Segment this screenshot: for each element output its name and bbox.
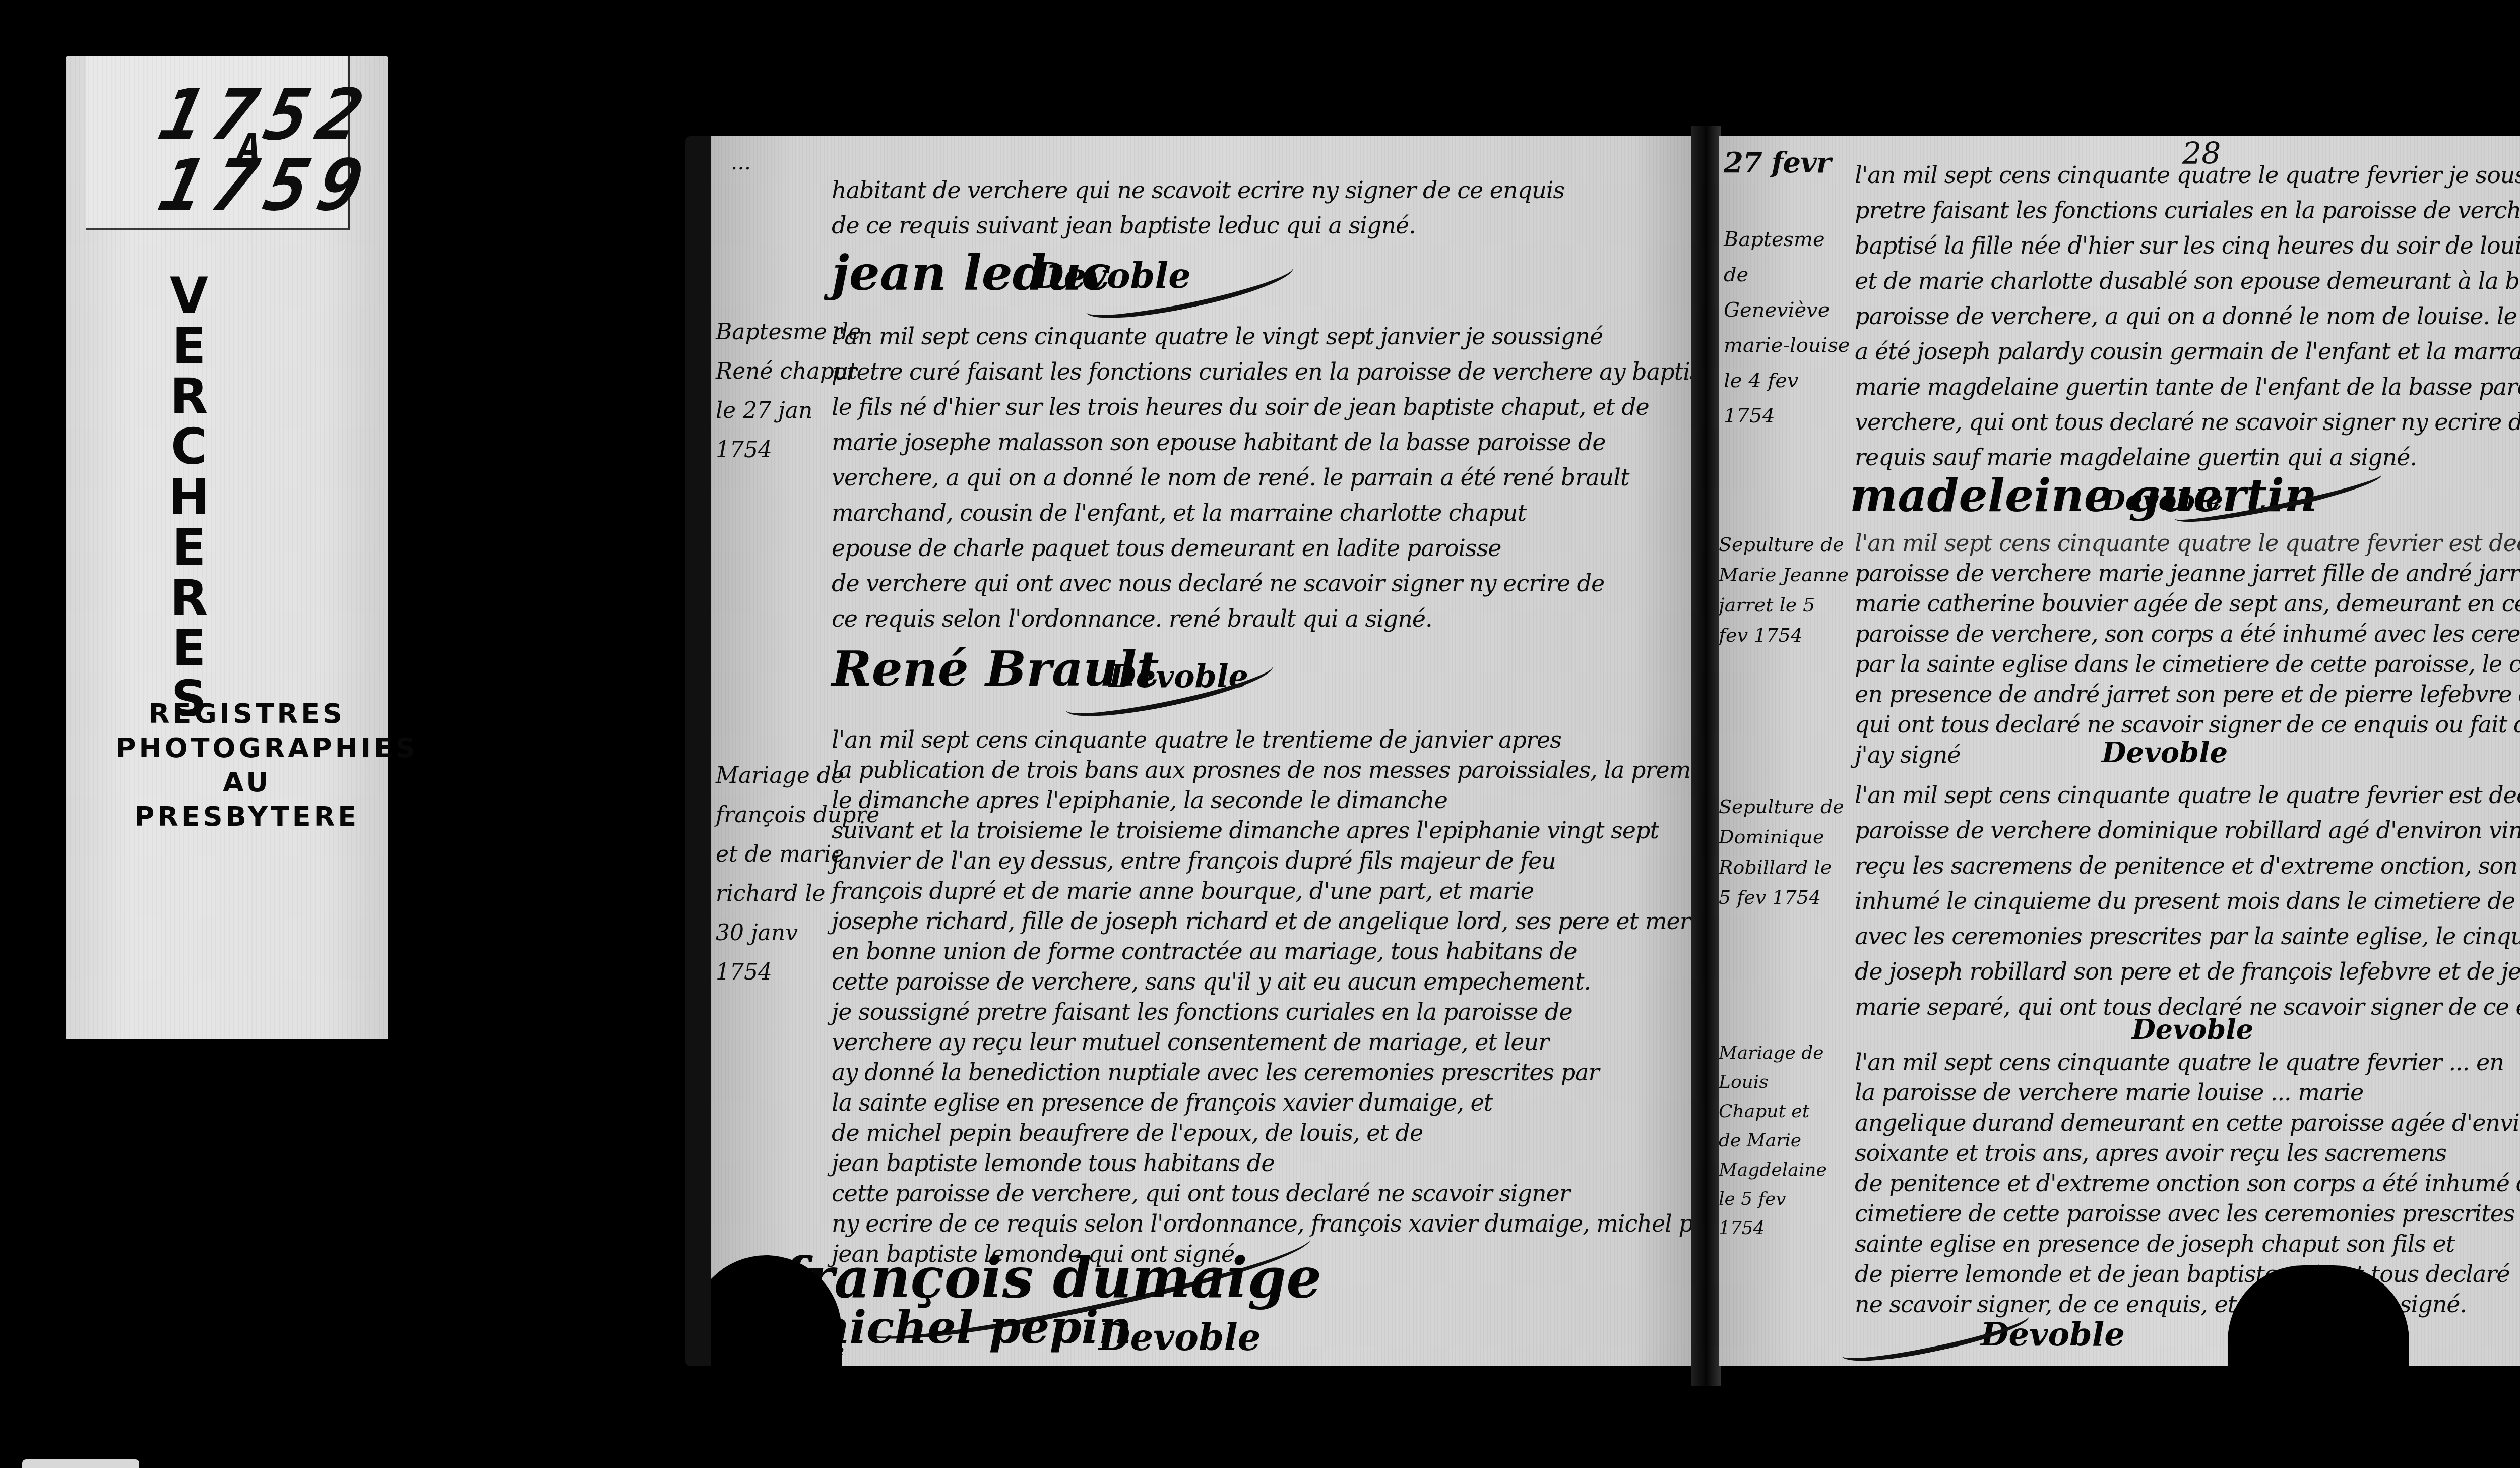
text-line: paroisse de verchere dominique robillard… bbox=[1855, 817, 2520, 844]
margin-line: richard le bbox=[716, 881, 826, 906]
margin-line: 1754 bbox=[716, 437, 772, 463]
text-line: de verchere qui ont avec nous declaré ne… bbox=[832, 570, 1604, 597]
text-line: sainte eglise en presence de joseph chap… bbox=[1855, 1230, 2454, 1257]
year-separator: A bbox=[237, 125, 261, 171]
text-line: cette paroisse de verchere, sans qu'il y… bbox=[832, 968, 1591, 995]
margin-line: de bbox=[1724, 263, 1748, 286]
text-line: suivant et la troisieme le troisieme dim… bbox=[832, 817, 1659, 844]
label-note-line: REGISTRES bbox=[116, 697, 378, 731]
text-line: en bonne union de forme contractée au ma… bbox=[832, 938, 1577, 965]
parish-letter: R bbox=[170, 573, 208, 624]
margin-line: le 5 fev bbox=[1719, 1189, 1786, 1209]
text-line: verchere, a qui on a donné le nom de ren… bbox=[832, 464, 1629, 491]
parish-letter: E bbox=[172, 523, 206, 573]
text-line: de pierre lemonde et de jean baptiste qu… bbox=[1855, 1260, 2510, 1288]
text-line: l'an mil sept cens cinquante quatre le v… bbox=[832, 323, 1603, 350]
parish-name-vertical: V E R C H E R E S bbox=[166, 271, 212, 724]
text-line: la publication de trois bans aux prosnes… bbox=[832, 756, 1714, 783]
text-line: ce requis selon l'ordonnance. rené braul… bbox=[832, 605, 1432, 632]
text-line: cimetiere de cette paroisse avec les cer… bbox=[1855, 1200, 2520, 1227]
signature-priest: Devoble bbox=[1099, 1316, 1261, 1359]
margin-line: 5 fev 1754 bbox=[1719, 886, 1821, 908]
margin-note-burial: Sepulture de Marie Jeanne jarret le 5 fe… bbox=[1719, 529, 1849, 650]
label-note-line: AU bbox=[116, 765, 378, 800]
text-line: de ce requis suivant jean baptiste leduc… bbox=[832, 212, 1416, 239]
signature-witness: michel pepin bbox=[801, 1301, 1131, 1354]
margin-line: Baptesme bbox=[1724, 228, 1825, 251]
text-line: j'ay signé bbox=[1855, 741, 1961, 768]
margin-line: Marie Jeanne bbox=[1719, 564, 1849, 586]
parish-letter: C bbox=[171, 422, 207, 472]
margin-line: le 27 jan bbox=[716, 398, 812, 423]
text-line: jean baptiste lemonde tous habitans de bbox=[832, 1149, 1274, 1177]
margin-line: Magdelaine bbox=[1719, 1159, 1827, 1180]
margin-note-entry: Mariage de Louis Chaput et de Marie Magd… bbox=[1719, 1038, 1827, 1243]
text-line: la paroisse de verchere marie louise ...… bbox=[1855, 1079, 2363, 1106]
margin-line: Sepulture de bbox=[1719, 533, 1844, 556]
parish-letter: V bbox=[170, 271, 208, 321]
text-line: baptisé la fille née d'hier sur les cinq… bbox=[1855, 232, 2520, 259]
margin-line: Mariage de bbox=[1719, 1043, 1824, 1063]
text-line: josephe richard, fille de joseph richard… bbox=[832, 907, 1704, 935]
margin-line: fev 1754 bbox=[1719, 624, 1803, 646]
margin-line: 30 janv bbox=[716, 920, 798, 946]
text-line: marie magdelaine guertin tante de l'enfa… bbox=[1855, 373, 2520, 400]
signature-priest: Devoble bbox=[2132, 1013, 2253, 1046]
parish-letter: R bbox=[170, 372, 208, 422]
text-line: reçu les sacremens de penitence et d'ext… bbox=[1855, 852, 2520, 879]
text-line: paroisse de verchere, a qui on a donné l… bbox=[1855, 302, 2520, 330]
margin-line: de Marie bbox=[1719, 1130, 1801, 1151]
text-line: requis sauf marie magdelaine guertin qui… bbox=[1855, 444, 2417, 471]
archive-label-card: 1752 A 1759 V E R C H E R E S REGISTRES … bbox=[66, 56, 388, 1039]
text-line: verchere ay reçu leur mutuel consentemen… bbox=[832, 1028, 1549, 1056]
text-line: verchere, qui ont tous declaré ne scavoi… bbox=[1855, 408, 2520, 436]
text-line: habitant de verchere qui ne scavoit ecri… bbox=[832, 176, 1564, 204]
text-line: l'an mil sept cens cinquante quatre le q… bbox=[1855, 781, 2520, 809]
right-page: 27 fevr 28 Baptesme de Geneviève marie-l… bbox=[1719, 136, 2520, 1366]
parish-letter: E bbox=[172, 624, 206, 674]
text-line: ay donné la benediction nuptiale avec le… bbox=[832, 1059, 1599, 1086]
margin-note-burial: Sepulture de Dominique Robillard le 5 fe… bbox=[1719, 791, 1844, 912]
margin-line: Mariage de bbox=[716, 763, 844, 788]
margin-line: et de marie bbox=[716, 841, 844, 867]
text-line: epouse de charle paquet tous demeurant e… bbox=[832, 534, 1501, 562]
parish-letter: E bbox=[172, 321, 206, 372]
text-line: cette paroisse de verchere, qui ont tous… bbox=[832, 1180, 1570, 1207]
text-line: l'an mil sept cens cinquante quatre le q… bbox=[1855, 1049, 2504, 1076]
date-range-box: 1752 A 1759 bbox=[86, 56, 350, 230]
text-line: a été joseph palardy cousin germain de l… bbox=[1855, 338, 2520, 365]
text-line: le dimanche apres l'epiphanie, la second… bbox=[832, 786, 1447, 814]
text-line: pretre faisant les fonctions curiales en… bbox=[1855, 197, 2520, 224]
signature-priest: Devoble bbox=[2102, 736, 2228, 769]
year-end: 1759 bbox=[153, 145, 381, 227]
book-gutter bbox=[1691, 126, 1721, 1386]
next-card-edge bbox=[22, 1459, 139, 1468]
text-line: et de marie charlotte dusablé son epouse… bbox=[1855, 267, 2520, 294]
text-line: l'an mil sept cens cinquante quatre le q… bbox=[1855, 161, 2520, 189]
margin-line: le 4 fev bbox=[1724, 369, 1798, 392]
text-line: par la sainte eglise dans le cimetiere d… bbox=[1855, 650, 2520, 678]
text-line: janvier de l'an ey dessus, entre françoi… bbox=[832, 847, 1556, 874]
text-line: paroisse de verchere, son corps a été in… bbox=[1855, 620, 2520, 647]
corner-note: 27 fevr bbox=[1724, 146, 1831, 179]
text-line: avec les ceremonies prescrites par la sa… bbox=[1855, 923, 2520, 950]
margin-line: Geneviève bbox=[1724, 298, 1830, 322]
margin-line: 1754 bbox=[1724, 404, 1775, 427]
text-line: l'an mil sept cens cinquante quatre le q… bbox=[1855, 529, 2520, 557]
text-line: inhumé le cinquieme du present mois dans… bbox=[1855, 887, 2520, 914]
margin-line: 1754 bbox=[1719, 1218, 1765, 1239]
text-line: qui ont tous declaré ne scavoir signer d… bbox=[1855, 711, 2520, 738]
margin-line: Dominique bbox=[1719, 826, 1824, 848]
text-line: marie catherine bouvier agée de sept ans… bbox=[1855, 590, 2520, 617]
margin-line: Robillard le bbox=[1719, 856, 1832, 878]
text-line: soixante et trois ans, apres avoir reçu … bbox=[1855, 1139, 2446, 1167]
text-line: la sainte eglise en presence de françois… bbox=[832, 1089, 1492, 1116]
margin-line: Chaput et bbox=[1719, 1101, 1809, 1122]
parish-letter: S bbox=[171, 674, 207, 724]
margin-line: jarret le 5 bbox=[1719, 594, 1815, 616]
text-line: de penitence et d'extreme onction son co… bbox=[1855, 1170, 2520, 1197]
parish-letter: H bbox=[168, 472, 210, 523]
label-note: REGISTRES PHOTOGRAPHIES AU PRESBYTERE bbox=[116, 697, 378, 834]
label-note-line: PHOTOGRAPHIES bbox=[116, 731, 378, 765]
text-line: je soussigné pretre faisant les fonction… bbox=[832, 998, 1572, 1025]
register-book: … habitant de verchere qui ne scavoit ec… bbox=[675, 126, 2520, 1386]
text-line: paroisse de verchere marie jeanne jarret… bbox=[1855, 560, 2520, 587]
label-note-line: PRESBYTERE bbox=[116, 800, 378, 834]
margin-line: Sepulture de bbox=[1719, 796, 1844, 818]
margin-line: 1754 bbox=[716, 959, 772, 985]
text-line: françois dupré et de marie anne bourque,… bbox=[832, 877, 1534, 904]
text-line: marie josephe malasson son epouse habita… bbox=[832, 429, 1605, 456]
text-line: angelique durand demeurant en cette paro… bbox=[1855, 1109, 2520, 1136]
margin-line: marie-louise bbox=[1724, 334, 1850, 357]
margin-line: Louis bbox=[1719, 1072, 1769, 1092]
text-line: pretre curé faisant les fonctions curial… bbox=[832, 358, 1714, 385]
text-line: de michel pepin beaufrere de l'epoux, de… bbox=[832, 1119, 1423, 1146]
text-line: le fils né d'hier sur les trois heures d… bbox=[832, 393, 1649, 420]
left-page: … habitant de verchere qui ne scavoit ec… bbox=[685, 136, 1714, 1366]
text-line: marchand, cousin de l'enfant, et la marr… bbox=[832, 499, 1526, 526]
text-line: en presence de andré jarret son pere et … bbox=[1855, 681, 2520, 708]
text-line: de joseph robillard son pere et de franç… bbox=[1855, 958, 2520, 985]
header-fragment: … bbox=[731, 151, 750, 174]
year-start: 1752 bbox=[153, 74, 381, 156]
margin-note-baptism: Baptesme de Geneviève marie-louise le 4 … bbox=[1724, 222, 1850, 434]
text-line: l'an mil sept cens cinquante quatre le t… bbox=[832, 726, 1561, 753]
